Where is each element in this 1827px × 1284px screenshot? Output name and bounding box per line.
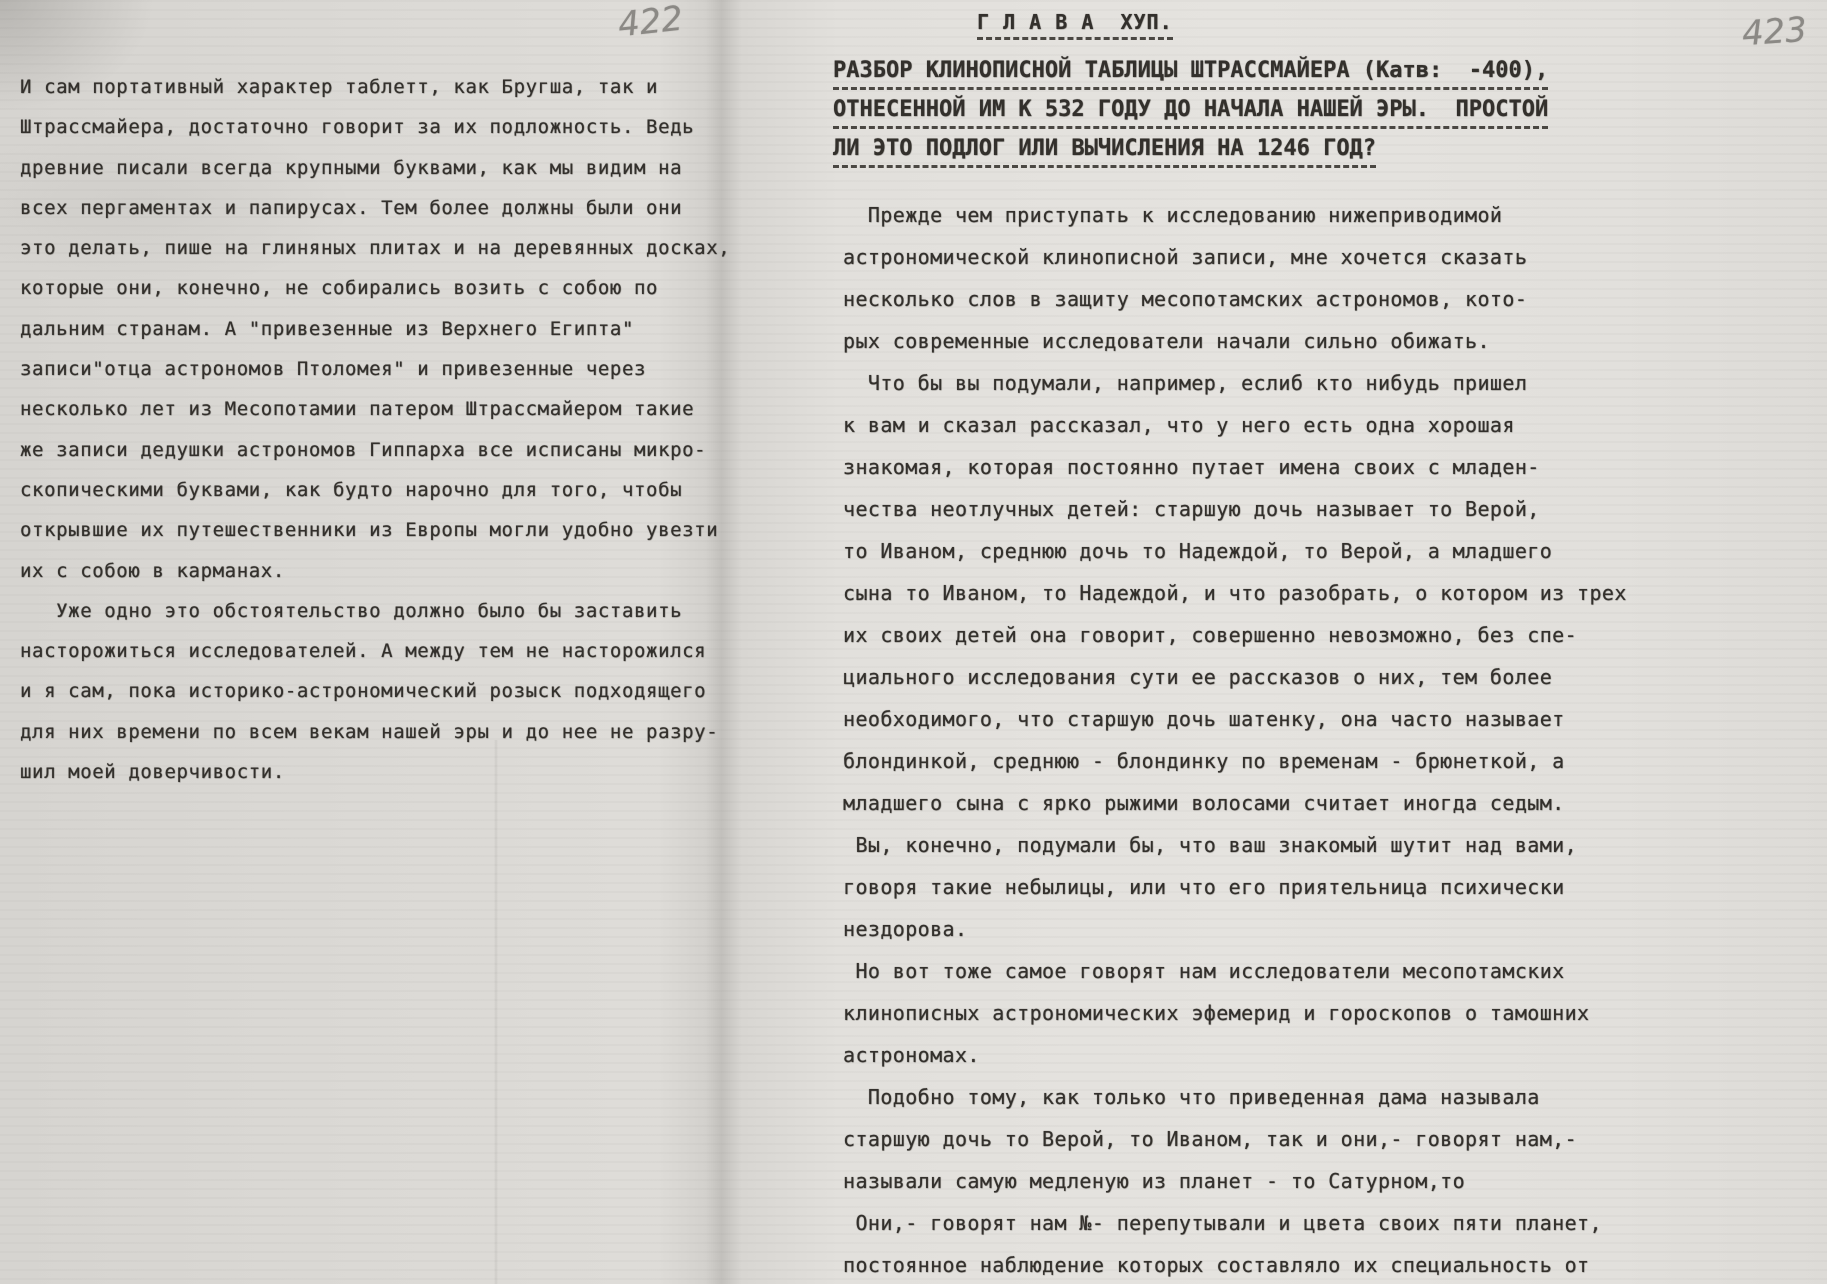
right-page-line: Вы, конечно, подумали бы, что ваш знаком… [843,824,1827,866]
left-page-line: всех пергаментах и папирусах. Тем более … [20,188,730,228]
right-page-line: знакомая, которая постоянно путает имена… [843,446,1827,488]
right-page-line: Но вот тоже самое говорят нам исследоват… [843,950,1827,992]
left-page-line: для них времени по всем векам нашей эры … [20,712,730,752]
chapter-title-line: РАЗБОР КЛИНОПИСНОЙ ТАБЛИЦЫ ШТРАССМАЙЕРА … [833,57,1548,90]
right-page-line: старшую дочь то Верой, то Иваном, так и … [843,1118,1827,1160]
left-page-line: скопическими буквами, как будто нарочно … [20,470,730,510]
chapter-title: РАЗБОР КЛИНОПИСНОЙ ТАБЛИЦЫ ШТРАССМАЙЕРА … [833,57,1548,174]
right-page-line: Что бы вы подумали, например, еслиб кто … [843,362,1827,404]
right-page-line: несколько слов в защиту месопотамских ас… [843,278,1827,320]
left-page-line: открывшие их путешественники из Европы м… [20,510,730,550]
chapter-title-line: ЛИ ЭТО ПОДЛОГ ИЛИ ВЫЧИСЛЕНИЯ НА 1246 ГОД… [833,135,1376,168]
left-page-line: Штрассмайера, достаточно говорит за их п… [20,107,730,147]
left-page-line: насторожиться исследователей. А между те… [20,631,730,671]
left-page-line: дальним странам. А "привезенные из Верхн… [20,309,730,349]
right-page-line: говоря такие небылицы, или что его прият… [843,866,1827,908]
right-page-line: блондинкой, среднюю - блондинку по време… [843,740,1827,782]
right-page-line: сына то Иваном, то Надеждой, и что разоб… [843,572,1827,614]
left-page-line: их с собою в карманах. [20,551,730,591]
right-page-line: Прежде чем приступать к исследованию ниж… [843,194,1827,236]
left-page-line: древние писали всегда крупными буквами, … [20,148,730,188]
left-page-line: шил моей доверчивости. [20,752,730,792]
right-page-line: нездорова. [843,908,1827,950]
left-page-line: и я сам, пока историко-астрономический р… [20,671,730,711]
right-page-line: к вам и сказал рассказал, что у него ест… [843,404,1827,446]
right-page-line: младшего сына с ярко рыжими волосами счи… [843,782,1827,824]
left-page-line: несколько лет из Месопотамии патером Штр… [20,389,730,429]
right-page-line: Подобно тому, как только что приведенная… [843,1076,1827,1118]
left-page-line: это делать, пише на глиняных плитах и на… [20,228,730,268]
right-page-line: астрономах. [843,1034,1827,1076]
left-page-line: записи"отца астрономов Птоломея" и приве… [20,349,730,389]
right-page-line: то Иваном, среднюю дочь то Надеждой, то … [843,530,1827,572]
right-page-line: клинописных астрономических эфемерид и г… [843,992,1827,1034]
left-page-line: же записи дедушки астрономов Гиппарха вс… [20,430,730,470]
left-page-text: И сам портативный характер таблетт, как … [20,67,730,792]
right-page-line: постоянное наблюдение которых составляло… [843,1244,1827,1284]
right-page-line: чества неотлучных детей: старшую дочь на… [843,488,1827,530]
right-page-line: Они,- говорят нам №- перепутывали и цвет… [843,1202,1827,1244]
page-number-left: 422 [616,0,685,45]
right-page-line: астрономической клинописной записи, мне … [843,236,1827,278]
right-page-line: их своих детей она говорит, совершенно н… [843,614,1827,656]
page-number-right: 423 [1741,10,1809,54]
chapter-title-line: ОТНЕСЕННОЙ ИМ К 532 ГОДУ ДО НАЧАЛА НАШЕЙ… [833,96,1548,129]
right-page-line: рых современные исследователи начали сил… [843,320,1827,362]
right-page-line: необходимого, что старшую дочь шатенку, … [843,698,1827,740]
left-page-line: Уже одно это обстоятельство должно было … [20,591,730,631]
right-page-text: Прежде чем приступать к исследованию ниж… [843,194,1827,1284]
right-page-line: называли самую медленую из планет - то С… [843,1160,1827,1202]
left-page-line: И сам портативный характер таблетт, как … [20,67,730,107]
scanned-document: 422 423 И сам портативный характер табле… [0,0,1827,1284]
chapter-heading: Г Л А В А ХУП. [977,10,1173,40]
right-page-line: циального исследования сути ее рассказов… [843,656,1827,698]
paper-crease [494,740,498,1284]
left-page-line: которые они, конечно, не собирались вози… [20,268,730,308]
